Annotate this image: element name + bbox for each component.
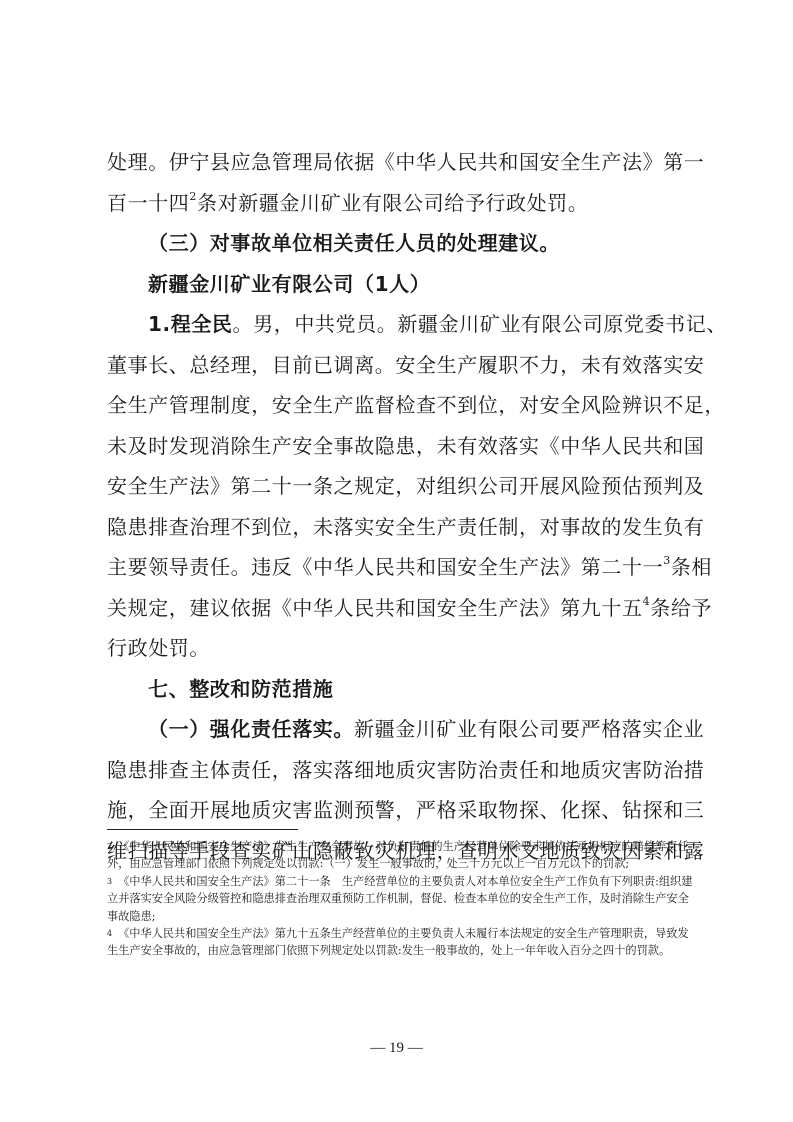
heading-text: 新疆金川矿业有限公司（1人） [148,272,430,296]
text-line: 新疆金川矿业有限公司（1人） [107,264,695,305]
text-line: 主要领导责任。违反《中华人民共和国安全生产法》第二十一3条相 [107,547,695,588]
text-line: 处理。伊宁县应急管理局依据《中华人民共和国安全生产法》第一 [107,142,695,183]
text-line: 安全生产法》第二十一条之规定，对组织公司开展风险预估预判及 [107,466,695,507]
text-line: 施，全面开展地质灾害监测预警，严格采取物探、化探、钻探和三 [107,790,695,831]
text-line: 1.程全民。男，中共党员。新疆金川矿业有限公司原党委书记、 [107,304,695,345]
footnote: 3《中华人民共和国安全生产法》第二十一条 生产经营单位的主要负责人对本单位安全生… [107,873,697,925]
paragraph-text: 处理。伊宁县应急管理局依据《中华人民共和国安全生产法》第一 [107,150,704,174]
text-line: （三）对事故单位相关责任人员的处理建议。 [107,223,695,264]
paragraph-text: 关规定，建议依据《中华人民共和国安全生产法》第九十五 [107,596,643,620]
text-line: 全生产管理制度，安全生产监督检查不到位，对安全风险辨识不足， [107,385,695,426]
heading-text: 七、整改和防范措施 [148,677,333,701]
footnotes: 2《中华人民共和国安全生产法》发生生产安全事故，对负有责任的生产经营单位除要求其… [107,838,697,960]
heading-text: （一）强化责任落实。 [148,717,354,741]
paragraph-text: 条对新疆金川矿业有限公司给予行政处罚。 [197,191,588,215]
paragraph-text: 百一十四 [107,191,189,215]
heading-text: （三）对事故单位相关责任人员的处理建议。 [148,231,560,255]
text-line: 关规定，建议依据《中华人民共和国安全生产法》第九十五4条给予 [107,588,695,629]
footnote-text: 《中华人民共和国安全生产法》发生生产安全事故，对负有责任的生产经营单位除要求其依… [107,840,689,870]
paragraph-text: 主要领导责任。违反《中华人民共和国安全生产法》第二十一 [107,555,663,579]
text-line: 董事长、总经理，目前已调离。安全生产履职不力，未有效落实安 [107,345,695,386]
paragraph-text: 。男，中共党员。新疆金川矿业有限公司原党委书记、 [233,312,727,336]
paragraph-text: 条相 [671,555,712,579]
footnote-ref: 2 [189,190,197,203]
paragraph-text: 安全生产法》第二十一条之规定，对组织公司开展风险预估预判及 [107,474,704,498]
body-text: 处理。伊宁县应急管理局依据《中华人民共和国安全生产法》第一百一十四2条对新疆金川… [107,142,695,871]
footnote: 2《中华人民共和国安全生产法》发生生产安全事故，对负有责任的生产经营单位除要求其… [107,838,697,873]
text-line: 隐患排查治理不到位，未落实安全生产责任制，对事故的发生负有 [107,507,695,548]
paragraph-text: 隐患排查治理不到位，未落实安全生产责任制，对事故的发生负有 [107,515,704,539]
paragraph-text: 董事长、总经理，目前已调离。安全生产履职不力，未有效落实安 [107,353,704,377]
paragraph-text: 行政处罚。 [107,636,210,660]
footnote: 4《中华人民共和国安全生产法》第九十五条生产经营单位的主要负责人未履行本法规定的… [107,925,697,960]
text-line: 隐患排查主体责任，落实落细地质灾害防治责任和地质灾害防治措 [107,750,695,791]
text-line: 七、整改和防范措施 [107,669,695,710]
paragraph-text: 隐患排查主体责任，落实落细地质灾害防治责任和地质灾害防治措 [107,758,704,782]
paragraph-text: 条给予 [650,596,712,620]
footnote-number: 2 [107,842,112,851]
paragraph-text: 施，全面开展地质灾害监测预警，严格采取物探、化探、钻探和三 [107,798,704,822]
text-line: （一）强化责任落实。新疆金川矿业有限公司要严格落实企业 [107,709,695,750]
page-number: — 19 — [0,1040,793,1057]
paragraph-text: 未及时发现消除生产安全事故隐患，未有效落实《中华人民共和国 [107,434,704,458]
footnote-ref: 4 [643,595,651,608]
text-line: 百一十四2条对新疆金川矿业有限公司给予行政处罚。 [107,183,695,224]
footnote-ref: 3 [663,554,671,567]
footnote-divider [107,829,298,830]
text-line: 行政处罚。 [107,628,695,669]
document-page: 处理。伊宁县应急管理局依据《中华人民共和国安全生产法》第一百一十四2条对新疆金川… [0,0,793,1122]
footnote-text: 《中华人民共和国安全生产法》第九十五条生产经营单位的主要负责人未履行本法规定的安… [107,927,689,957]
text-line: 未及时发现消除生产安全事故隐患，未有效落实《中华人民共和国 [107,426,695,467]
paragraph-text: 新疆金川矿业有限公司要严格落实企业 [354,717,704,741]
footnote-number: 4 [107,929,112,938]
footnote-number: 3 [107,877,112,886]
heading-text: 1.程全民 [148,312,233,336]
paragraph-text: 全生产管理制度，安全生产监督检查不到位，对安全风险辨识不足， [107,393,725,417]
footnote-text: 《中华人民共和国安全生产法》第二十一条 生产经营单位的主要负责人对本单位安全生产… [107,875,692,923]
